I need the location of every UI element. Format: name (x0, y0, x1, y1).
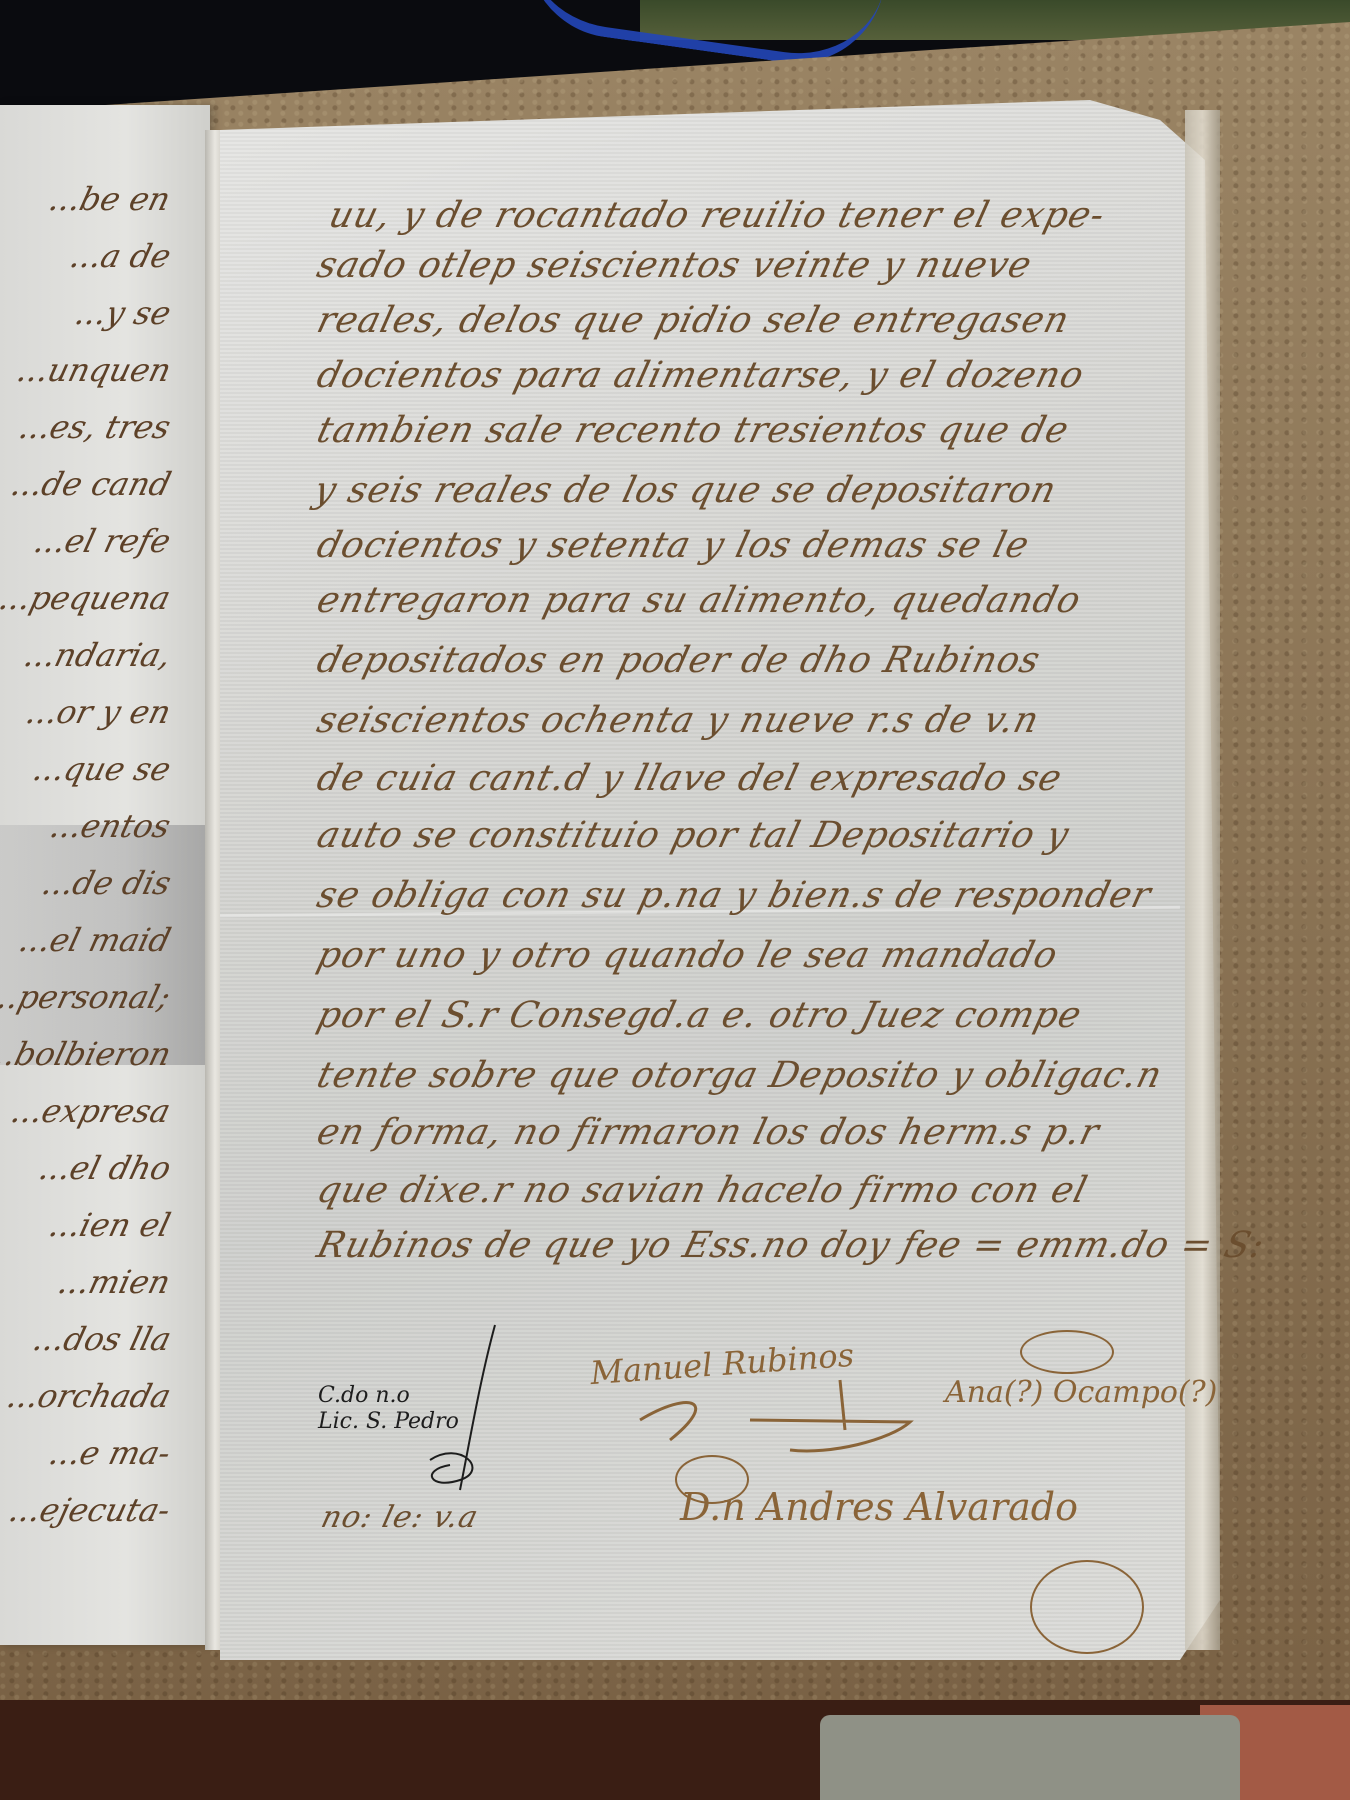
left-page-line: ...e ma- (45, 1434, 174, 1472)
left-page-line: ...el refe (30, 522, 174, 560)
left-page-line: ...unquen (13, 351, 175, 389)
footer-note: no: le: v.a (318, 1500, 483, 1535)
left-page-line: ...ien el (46, 1206, 175, 1244)
signature-flourish-icon (630, 1360, 930, 1460)
left-page-line: ...personal; (0, 978, 175, 1016)
manuscript-line: entregaron para su alimento, quedando (313, 580, 1086, 621)
marginal-rubric-icon (400, 1320, 510, 1500)
grey-cloth (820, 1715, 1240, 1800)
left-page-line: ...y se (71, 294, 175, 332)
manuscript-line: sado otlep seiscientos veinte y nueve (313, 245, 1036, 286)
left-page-line: ...a de (66, 237, 175, 275)
left-page-line: ...es, tres (16, 408, 175, 446)
left-page-line: ...ejecuta- (6, 1491, 175, 1529)
left-page-line: ...expresa (8, 1092, 175, 1130)
left-page-line: ...de cand (7, 465, 175, 503)
left-page-line: ...mien (55, 1263, 175, 1301)
manuscript-line: depositados en poder de dho Rubinos (313, 640, 1045, 681)
left-page-line: ...be en (46, 180, 175, 218)
manuscript-line: docientos y setenta y los demas se le (313, 525, 1034, 566)
signature-third: Ana(?) Ocampo(?) (945, 1375, 1217, 1410)
left-page-line: ...bolbieron (0, 1035, 175, 1073)
manuscript-line: que dixe.r no savian hacelo firmo con el (313, 1170, 1092, 1211)
manuscript-line: auto se constituio por tal Depositario y (313, 815, 1074, 856)
manuscript-line: de cuia cant.d y llave del expresado se (313, 758, 1067, 799)
left-page-line: ...el maid (15, 921, 174, 959)
page-edge-stack (1185, 110, 1220, 1650)
left-page-line: ...ndaria, (20, 636, 175, 674)
left-page-line: ...dos lla (29, 1320, 175, 1358)
manuscript-line: por uno y otro quando le sea mandado (313, 935, 1062, 976)
left-page-line: ...de dis (38, 864, 175, 902)
manuscript-line: se obliga con su p.na y bien.s de respon… (313, 875, 1156, 916)
left-page-line: ...or y en (22, 693, 175, 731)
manuscript-line: seiscientos ochenta y nueve r.s de v.n (313, 700, 1044, 741)
left-page-line: ...que se (29, 750, 175, 788)
signature-rubric-icon (1030, 1560, 1144, 1654)
left-page-line: ...pequena (0, 579, 175, 617)
manuscript-line: Rubinos de que yo Ess.no doy fee = emm.d… (313, 1225, 1269, 1266)
manuscript-line: docientos para alimentarse, y el dozeno (313, 355, 1089, 396)
manuscript-line: tente sobre que otorga Deposito y obliga… (313, 1055, 1167, 1096)
left-page-line: ...el dho (35, 1149, 175, 1187)
manuscript-line: reales, delos que pidio sele entregasen (313, 300, 1074, 341)
left-page-line: ...orchada (3, 1377, 175, 1415)
manuscript-line: y seis reales de los que se depositaron (310, 470, 1061, 511)
manuscript-line: tambien sale recento tresientos que de (313, 410, 1074, 451)
left-page-line: ...entos (47, 807, 175, 845)
manuscript-line: uu, y de rocantado reuilio tener el expe… (325, 195, 1110, 236)
signature-initial-loop-icon (675, 1455, 749, 1504)
manuscript-line: por el S.r Consegd.a e. otro Juez compe (313, 995, 1086, 1036)
signature-rubric-top-icon (1020, 1330, 1114, 1374)
manuscript-line: en forma, no firmaron los dos herm.s p.r (313, 1112, 1104, 1153)
